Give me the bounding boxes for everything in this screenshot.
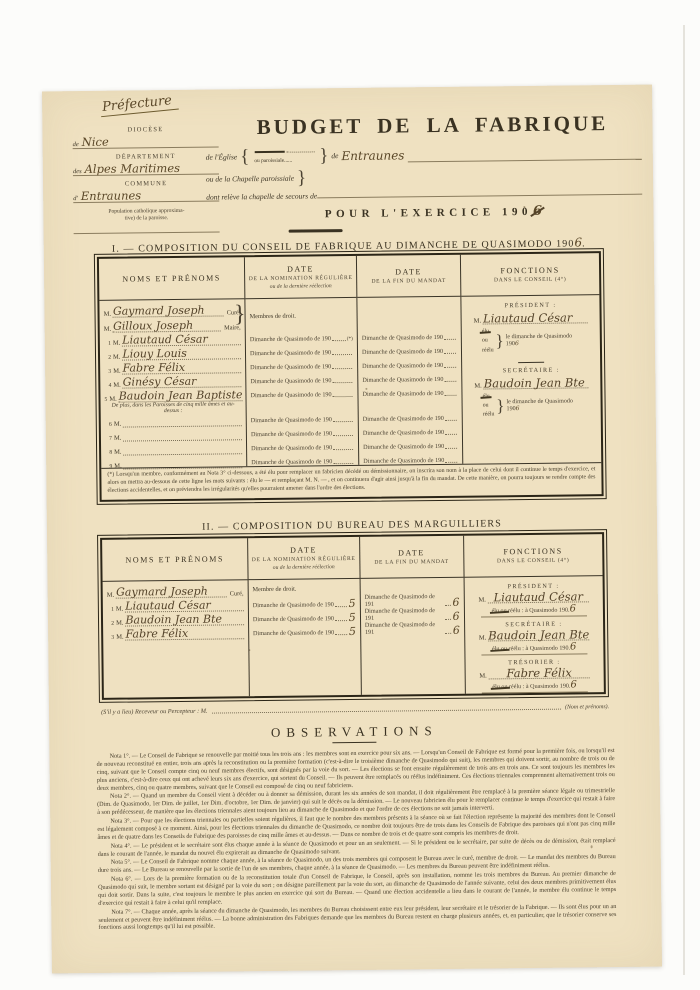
column-nomination: DATE DE LA NOMINATION RÉGULIÈRE ou de la… bbox=[248, 537, 362, 696]
date-line: Dimanche de Quasimodo de 190 bbox=[363, 424, 458, 439]
elu-struck: élu bbox=[483, 392, 490, 401]
table-row: 7 M. bbox=[105, 426, 242, 442]
nom-prenoms-label: (Nom et prénoms). bbox=[565, 704, 609, 710]
m-prefix: M. bbox=[479, 634, 486, 641]
column-fonctions-header: FONCTIONS DANS LE CONSEIL (4°) bbox=[464, 534, 603, 578]
date-line: Dimanche de Quasimodo de 190 bbox=[363, 452, 458, 467]
date-text: Dimanche de Quasimodo de 191 bbox=[365, 607, 444, 622]
divider bbox=[518, 362, 544, 363]
secours-text: dont relève la chapelle de secours de bbox=[206, 191, 317, 201]
row-number: 1 bbox=[104, 341, 111, 347]
officer-block-secretaire: SECRÉTAIRE : M. Baudoin Jean Bte élu ou … bbox=[469, 620, 600, 655]
officer-name-row: M. Liautaud César bbox=[478, 591, 588, 603]
handwritten-digit: 6 bbox=[452, 599, 459, 607]
blank-name-line bbox=[123, 418, 242, 427]
row-number: 9 bbox=[105, 464, 112, 470]
table-row: M. Gaymard Joseph Curé, bbox=[103, 301, 240, 318]
dotted-leader bbox=[444, 339, 456, 340]
population-blank-line bbox=[74, 231, 220, 234]
elu-words: élu ou réélu bbox=[483, 392, 495, 420]
departement-label: DÉPARTEMENT bbox=[65, 152, 227, 161]
handwritten-name: Baudoin Jean Bte bbox=[125, 614, 244, 626]
struck-words: élu ou bbox=[492, 608, 507, 614]
open-brace: { bbox=[240, 147, 249, 166]
dotted-leader bbox=[335, 620, 347, 621]
header-nomination: DE LA NOMINATION RÉGULIÈRE bbox=[247, 275, 354, 282]
population-label-line2: tive) de la paroisse. bbox=[65, 214, 227, 223]
droit-brace: } bbox=[234, 299, 246, 329]
exercice-digit-handwritten: 6 bbox=[533, 204, 542, 219]
date-text: Dimanche de Quasimodo de 190 bbox=[250, 335, 331, 343]
elu-words: élu ou réélu bbox=[482, 327, 494, 355]
eglise-line: de l'Église { ou paroissiale...... } de … bbox=[206, 143, 642, 167]
secours-line: dont relève la chapelle de secours de bbox=[206, 188, 642, 202]
eglise-options: ou paroissiale...... bbox=[254, 148, 314, 165]
column-fin-mandat: DATE DE LA FIN DU MANDAT Dimanche de Qua… bbox=[357, 255, 463, 465]
header-date: DATE bbox=[247, 264, 354, 274]
departement-field: des Alpes Maritimes bbox=[73, 161, 219, 176]
row-number: 4 bbox=[104, 383, 111, 389]
date-text: Dimanche de Quasimodo de 190 bbox=[251, 416, 332, 424]
blank-name-line bbox=[123, 446, 242, 455]
blank-name-line bbox=[123, 432, 242, 441]
observations-divider bbox=[332, 742, 376, 743]
table-row: 3 M. Fabre Félix bbox=[107, 625, 244, 641]
row-number: 6 bbox=[105, 422, 112, 428]
president-election-block: élu ou réélu } le dimanche de Quasimodo … bbox=[466, 326, 596, 355]
column-fonctions: FONCTIONS DANS LE CONSEIL (4°) PRÉSIDENT… bbox=[461, 253, 601, 464]
column-noms-header: NOMS ET PRÉNOMS bbox=[99, 257, 244, 301]
handwritten-digit: 6 bbox=[570, 679, 576, 690]
diocese-value: Nice bbox=[82, 137, 109, 148]
table-row: 1 M. Liautaud César bbox=[104, 331, 241, 347]
commune-label: COMMUNE bbox=[65, 179, 227, 188]
date-line: Dimanche de Quasimodo de 190 bbox=[251, 439, 354, 454]
header-fin-mandat: DE LA FIN DU MANDAT bbox=[362, 559, 461, 566]
eglise-option-paroissiale: ou paroissiale...... bbox=[254, 156, 314, 165]
ou-word: ou bbox=[482, 337, 494, 346]
date-text: Dimanche de Quasimodo de 190 bbox=[250, 377, 331, 385]
handwritten-name: Fabre Félix bbox=[126, 628, 245, 640]
handwritten-digit: 6 bbox=[570, 603, 576, 614]
handwritten-digit: 5 bbox=[349, 628, 356, 636]
date-text: Dimanche de Quasimodo de 190 bbox=[362, 390, 443, 398]
m-prefix: M. bbox=[113, 354, 120, 361]
date-line: Dimanche de Quasimodo de 190 bbox=[362, 343, 457, 358]
commune-value: Entraunes bbox=[81, 190, 141, 202]
reelu-word: réélu bbox=[483, 411, 495, 420]
m-prefix: M. bbox=[104, 326, 111, 333]
officer-name-row: M. Fabre Félix bbox=[479, 667, 589, 679]
nota-6: Nota 6°. — Lors de la première formation… bbox=[98, 870, 616, 907]
ornament-divider bbox=[289, 229, 343, 233]
m-prefix: M. bbox=[478, 596, 485, 603]
date-line: Dimanche de Quasimodo de 190 bbox=[362, 371, 457, 386]
officer-election-line: élu ou réélu : à Quasimodo 190.6 bbox=[481, 679, 588, 693]
election-date: le dimanche de Quasimodo 1906 bbox=[506, 334, 580, 348]
handwritten-name: Fabre Félix bbox=[123, 362, 242, 374]
ou-word: ou bbox=[483, 401, 495, 410]
header-nomination: DE LA NOMINATION RÉGULIÈRE bbox=[250, 556, 357, 563]
table-row: M. Gilloux Joseph Maire, bbox=[104, 316, 241, 333]
officer-block-president: PRÉSIDENT : M. Liautaud César élu ou réé… bbox=[468, 582, 599, 617]
officer-name-row: M. Baudoin Jean Bte bbox=[479, 629, 589, 641]
elu-struck: élu bbox=[482, 327, 489, 336]
election-brace: } bbox=[495, 331, 503, 351]
struck-words: élu ou bbox=[492, 684, 507, 690]
handwritten-name: Fabre Félix bbox=[489, 667, 590, 679]
row-number: 3 bbox=[107, 635, 114, 641]
election-date-digit: 6 bbox=[515, 340, 519, 347]
m-prefix: M. bbox=[114, 463, 121, 470]
column-noms: NOMS ET PRÉNOMS } M. Gaymard Joseph Curé… bbox=[99, 257, 247, 468]
secretaire-name-row: M. Baudoin Jean Bte bbox=[474, 377, 588, 389]
secretaire-label: SECRÉTAIRE : bbox=[466, 366, 596, 374]
m-prefix: M. bbox=[113, 368, 120, 375]
handwritten-digit: 6 bbox=[570, 641, 576, 652]
nota-7: Nota 7°. — Chaque année, après la séance… bbox=[98, 903, 616, 932]
row-number: 2 bbox=[107, 621, 114, 627]
header-reelection: ou de la dernière réélection bbox=[247, 283, 354, 290]
date-line: Dimanche de Quasimodo de 190 bbox=[250, 386, 353, 401]
dotted-leader bbox=[445, 633, 451, 634]
date-text: Dimanche de Quasimodo de 190 bbox=[363, 443, 444, 451]
nota-1: Nota 1°. — Le Conseil de Fabrique se ren… bbox=[97, 747, 615, 792]
column-fin-header: DATE DE LA FIN DU MANDAT bbox=[357, 255, 460, 298]
header-date: DATE bbox=[250, 545, 357, 555]
date-text: Dimanche de Quasimodo de 190 bbox=[363, 457, 444, 465]
m-prefix: M. bbox=[104, 311, 111, 318]
role-label: Curé, bbox=[230, 590, 244, 597]
dotted-leader bbox=[444, 381, 456, 382]
header-date: DATE bbox=[362, 548, 461, 558]
table-row: 2 M. Baudoin Jean Bte bbox=[107, 611, 244, 627]
secretaire-election-block: élu ou réélu } le dimanche de Quasimodo … bbox=[466, 391, 596, 420]
column-noms-header: NOMS ET PRÉNOMS bbox=[102, 538, 247, 582]
eglise-prefix: de l'Église bbox=[206, 152, 237, 161]
eglise-value: Entraunes bbox=[341, 148, 404, 163]
document-title: BUDGET DE LA FABRIQUE bbox=[222, 111, 642, 141]
date-line: Dimanche de Quasimodo de 1905 bbox=[253, 624, 356, 639]
date-text: Dimanche de Quasimodo de 190 bbox=[250, 349, 331, 357]
handwritten-digit: 6 bbox=[453, 627, 460, 635]
date-text: Dimanche de Quasimodo de 190 bbox=[253, 615, 334, 623]
m-prefix: M. bbox=[116, 620, 123, 627]
handwritten-name: Baudoin Jean Bte bbox=[488, 629, 589, 641]
date-text: Dimanche de Quasimodo de 190 bbox=[362, 348, 443, 356]
receveur-line: (S'il y a lieu) Receveur ou Percepteur :… bbox=[101, 703, 609, 716]
eglise-block: de l'Église { ou paroissiale...... } de … bbox=[206, 143, 643, 202]
officer-election-line: élu ou réélu : à Quasimodo 190.6 bbox=[481, 641, 588, 655]
paper-document: Préfecture DIOCÈSE de Nice DÉPARTEMENT d… bbox=[42, 85, 662, 974]
date-line: Dimanche de Quasimodo de 1916 bbox=[365, 623, 460, 638]
handwritten-name: Liautaud César bbox=[122, 334, 241, 346]
date-line: Dimanche de Quasimodo de 190 bbox=[362, 329, 457, 344]
m-prefix: M. bbox=[116, 606, 123, 613]
handwritten-name: Gilloux Joseph bbox=[113, 320, 221, 332]
dotted-leader bbox=[212, 709, 561, 714]
m-prefix: M. bbox=[114, 449, 121, 456]
header-date: DATE bbox=[359, 267, 458, 277]
receveur-label: (S'il y a lieu) Receveur ou Percepteur :… bbox=[101, 708, 208, 716]
diocese-prefix: de bbox=[73, 141, 79, 148]
struck-words: élu ou bbox=[492, 646, 507, 652]
conseil-table: NOMS ET PRÉNOMS } M. Gaymard Joseph Curé… bbox=[94, 248, 607, 505]
dotted-leader bbox=[333, 396, 353, 397]
scan-edge-line bbox=[683, 25, 685, 975]
dotted-leader bbox=[445, 395, 457, 396]
table-row: 2 M. Liouy Louis bbox=[104, 345, 241, 361]
m-prefix: M. bbox=[113, 340, 120, 347]
date-text: Dimanche de Quasimodo de 190 bbox=[362, 334, 443, 342]
date-text: Dimanche de Quasimodo de 190 bbox=[363, 429, 444, 437]
dotted-leader bbox=[332, 382, 352, 383]
date-text: Dimanche de Quasimodo de 191 bbox=[365, 621, 444, 636]
column-fin-header: DATE DE LA FIN DU MANDAT bbox=[360, 536, 463, 579]
dotted-leader bbox=[444, 367, 456, 368]
column-fonctions: FONCTIONS DANS LE CONSEIL (4°) PRÉSIDENT… bbox=[464, 534, 604, 694]
column-noms: NOMS ET PRÉNOMS M. Gaymard Joseph Curé, … bbox=[102, 538, 250, 698]
handwritten-digit: 6 bbox=[453, 613, 460, 621]
ruled-blank-line bbox=[407, 159, 641, 163]
date-line: Dimanche de Quasimodo de 190 bbox=[362, 385, 457, 400]
membre-droit-label: Membre de droit. bbox=[252, 581, 355, 597]
commune-field: d' Entraunes bbox=[73, 188, 219, 203]
m-prefix: M. bbox=[114, 435, 121, 442]
date-line: Dimanche de Quasimodo de 190 bbox=[251, 425, 354, 440]
handwritten-digit: 5 bbox=[349, 614, 356, 622]
column-fin-mandat: DATE DE LA FIN DU MANDAT Dimanche de Qua… bbox=[360, 536, 466, 695]
handwritten-name: Liautaud César bbox=[483, 312, 588, 324]
header-noms: NOMS ET PRÉNOMS bbox=[104, 554, 245, 565]
date-line: Dimanche de Quasimodo de 190 bbox=[251, 411, 354, 426]
election-date-digit: 6 bbox=[516, 405, 520, 412]
date-line: Dimanche de Quasimodo de 190 bbox=[362, 357, 457, 372]
handwritten-name: Liouy Louis bbox=[122, 348, 241, 360]
chapelle-text: ou de la Chapelle paroissiale bbox=[206, 174, 294, 184]
column-fonctions-header: FONCTIONS DANS LE CONSEIL (4°) bbox=[461, 253, 599, 297]
row-number: 3 bbox=[104, 369, 111, 375]
date-text: Dimanche de Quasimodo de 190 bbox=[253, 629, 334, 637]
departement-prefix: des bbox=[73, 168, 82, 175]
spacer bbox=[361, 299, 456, 330]
date-text: Dimanche de Quasimodo de 190 bbox=[362, 376, 443, 384]
m-prefix: M. bbox=[474, 318, 481, 325]
election-date: le dimanche de Quasimodo 1906 bbox=[506, 399, 580, 413]
date-line: Dimanche de Quasimodo de 190(*) bbox=[250, 330, 353, 345]
ruled-blank-line bbox=[317, 194, 642, 199]
exercice-label: POUR L'EXERCICE 190 bbox=[325, 206, 532, 220]
dotted-leader bbox=[445, 434, 457, 435]
commune-prefix: d' bbox=[73, 195, 78, 202]
reelu-text: réélu : à Quasimodo 190. bbox=[509, 684, 571, 691]
membres-droit-label: Membres de droit. bbox=[249, 300, 352, 331]
dotted-leader bbox=[333, 463, 353, 464]
date-line: Dimanche de Quasimodo de 190 bbox=[250, 372, 353, 387]
president-label: PRÉSIDENT : bbox=[465, 301, 595, 309]
dotted-blank bbox=[286, 149, 314, 153]
departement-value: Alpes Maritimes bbox=[85, 163, 181, 175]
date-text: Dimanche de Quasimodo de 191 bbox=[364, 593, 443, 608]
date-line: Dimanche de Quasimodo de 190 bbox=[250, 344, 353, 359]
date-line: Dimanche de Quasimodo de 190 bbox=[250, 358, 353, 373]
observations-title: OBSERVATIONS bbox=[49, 721, 659, 744]
deplus-note: De plus, dans les Paroisses de cinq mill… bbox=[105, 401, 242, 414]
header-fin-mandat: DE LA FIN DU MANDAT bbox=[359, 278, 458, 285]
handwritten-name: Gaymard Joseph bbox=[116, 586, 227, 598]
diocese-field: de Nice bbox=[73, 134, 219, 149]
m-prefix: M. bbox=[479, 672, 486, 679]
population-label: Population catholique approxima- tive) d… bbox=[65, 207, 227, 223]
dotted-leader bbox=[332, 368, 352, 369]
column-nomination-header: DATE DE LA NOMINATION RÉGULIÈRE ou de la… bbox=[248, 537, 359, 580]
header-fonctions: FONCTIONS bbox=[466, 546, 600, 557]
dotted-leader bbox=[333, 435, 353, 436]
table-row: 1 M. Liautaud César bbox=[107, 597, 244, 613]
date-line: Dimanche de Quasimodo de 1905 bbox=[253, 596, 356, 611]
row-number: 8 bbox=[105, 450, 112, 456]
date-line: Dimanche de Quasimodo de 1905 bbox=[253, 610, 356, 625]
dotted-leader bbox=[335, 606, 347, 607]
m-prefix: M. bbox=[113, 382, 120, 389]
handwritten-name: Gaymard Joseph bbox=[113, 305, 224, 317]
row-number: 2 bbox=[104, 355, 111, 361]
reelu-word: réélu bbox=[482, 346, 494, 355]
column-nomination-header: DATE DE LA NOMINATION RÉGULIÈRE ou de la… bbox=[245, 256, 356, 299]
date-text: Dimanche de Quasimodo de 190 bbox=[251, 430, 332, 438]
handwritten-name: Baudoin Jean Bte bbox=[484, 377, 589, 389]
observations-notas: Nota 1°. — Le Conseil de Fabrique se ren… bbox=[97, 747, 617, 933]
table-row: 3 M. Fabre Félix bbox=[104, 359, 241, 375]
date-text: Dimanche de Quasimodo de 190 bbox=[363, 415, 444, 423]
dotted-leader bbox=[445, 448, 457, 449]
dotted-leader bbox=[332, 340, 346, 341]
handwritten-name: Liautaud César bbox=[125, 600, 244, 612]
dotted-leader bbox=[333, 449, 353, 450]
column-nomination: DATE DE LA NOMINATION RÉGULIÈRE ou de la… bbox=[245, 256, 359, 466]
close-brace: } bbox=[319, 146, 328, 165]
date-text: Dimanche de Quasimodo de 190 bbox=[253, 601, 334, 609]
m-prefix: M. bbox=[116, 634, 123, 641]
president-name-row: M. Liautaud César bbox=[474, 312, 588, 324]
dotted-leader bbox=[332, 354, 352, 355]
officer-election-line: élu ou réélu : à Quasimodo 190.6 bbox=[481, 603, 588, 617]
dotted-leader bbox=[333, 421, 353, 422]
handwritten-name: Liautaud César bbox=[488, 591, 589, 603]
date-text: Dimanche de Quasimodo de 190 bbox=[250, 391, 331, 399]
chapelle-brace: } bbox=[297, 168, 306, 187]
table-row: 4 M. Ginésy César bbox=[104, 373, 241, 389]
m-prefix: M. bbox=[107, 592, 114, 599]
date-line: Dimanche de Quasimodo de 190 bbox=[363, 410, 458, 425]
row-number: 7 bbox=[105, 436, 112, 442]
date-text: Dimanche de Quasimodo de 190 bbox=[251, 458, 332, 466]
m-prefix: M. bbox=[114, 421, 121, 428]
dotted-leader bbox=[445, 619, 451, 620]
reelu-text: réélu : à Quasimodo 190. bbox=[508, 608, 570, 615]
header-conseil: DANS LE CONSEIL (4°) bbox=[463, 276, 597, 284]
election-brace: } bbox=[496, 396, 504, 416]
eglise-de: de bbox=[331, 151, 338, 160]
exercice-line: POUR L'EXERCICE 1906 bbox=[223, 203, 643, 223]
header-reelection: ou de la dernière réélection bbox=[250, 564, 357, 571]
header-conseil: DANS LE CONSEIL (4°) bbox=[466, 557, 600, 565]
table-row: M. Gaymard Joseph Curé, bbox=[107, 582, 244, 599]
date-text: Dimanche de Quasimodo de 190 bbox=[250, 363, 331, 371]
header-noms: NOMS ET PRÉNOMS bbox=[101, 273, 242, 284]
pen-strike-mark bbox=[254, 151, 284, 154]
date-text: Dimanche de Quasimodo de 190 bbox=[362, 362, 443, 370]
table-row: 9 M. bbox=[105, 454, 242, 470]
table-row: 6 M. bbox=[105, 412, 242, 428]
dotted-leader bbox=[445, 462, 457, 463]
header-left-block: DIOCÈSE de Nice DÉPARTEMENT des Alpes Ma… bbox=[64, 121, 227, 234]
date-line: Dimanche de Quasimodo de 190 bbox=[251, 453, 354, 468]
blank-name-line bbox=[124, 460, 243, 469]
diocese-label: DIOCÈSE bbox=[64, 125, 226, 134]
dotted-leader bbox=[445, 420, 457, 421]
handwritten-name: Ginésy César bbox=[123, 376, 242, 388]
handwritten-digit: 5 bbox=[349, 600, 356, 608]
row-number: 1 bbox=[107, 607, 114, 613]
chapelle-line: ou de la Chapelle paroissiale } bbox=[206, 165, 642, 189]
m-prefix: M. bbox=[474, 382, 481, 389]
date-line: Dimanche de Quasimodo de 190 bbox=[363, 438, 458, 453]
reelu-text: réélu : à Quasimodo 190. bbox=[509, 646, 571, 653]
officer-block-tresorier: TRÉSORIER : M. Fabre Félix élu ou réélu … bbox=[469, 658, 600, 693]
dotted-leader bbox=[445, 605, 451, 606]
date-text: Dimanche de Quasimodo de 190 bbox=[251, 444, 332, 452]
dotted-leader bbox=[335, 634, 347, 635]
marguilliers-table: NOMS ET PRÉNOMS M. Gaymard Joseph Curé, … bbox=[97, 529, 609, 703]
header-fonctions: FONCTIONS bbox=[463, 265, 597, 276]
prefecture-annotation: Préfecture bbox=[100, 93, 179, 118]
footnote-star: (*) bbox=[347, 336, 353, 342]
table-row: 8 M. bbox=[105, 440, 242, 456]
dotted-leader bbox=[444, 353, 456, 354]
